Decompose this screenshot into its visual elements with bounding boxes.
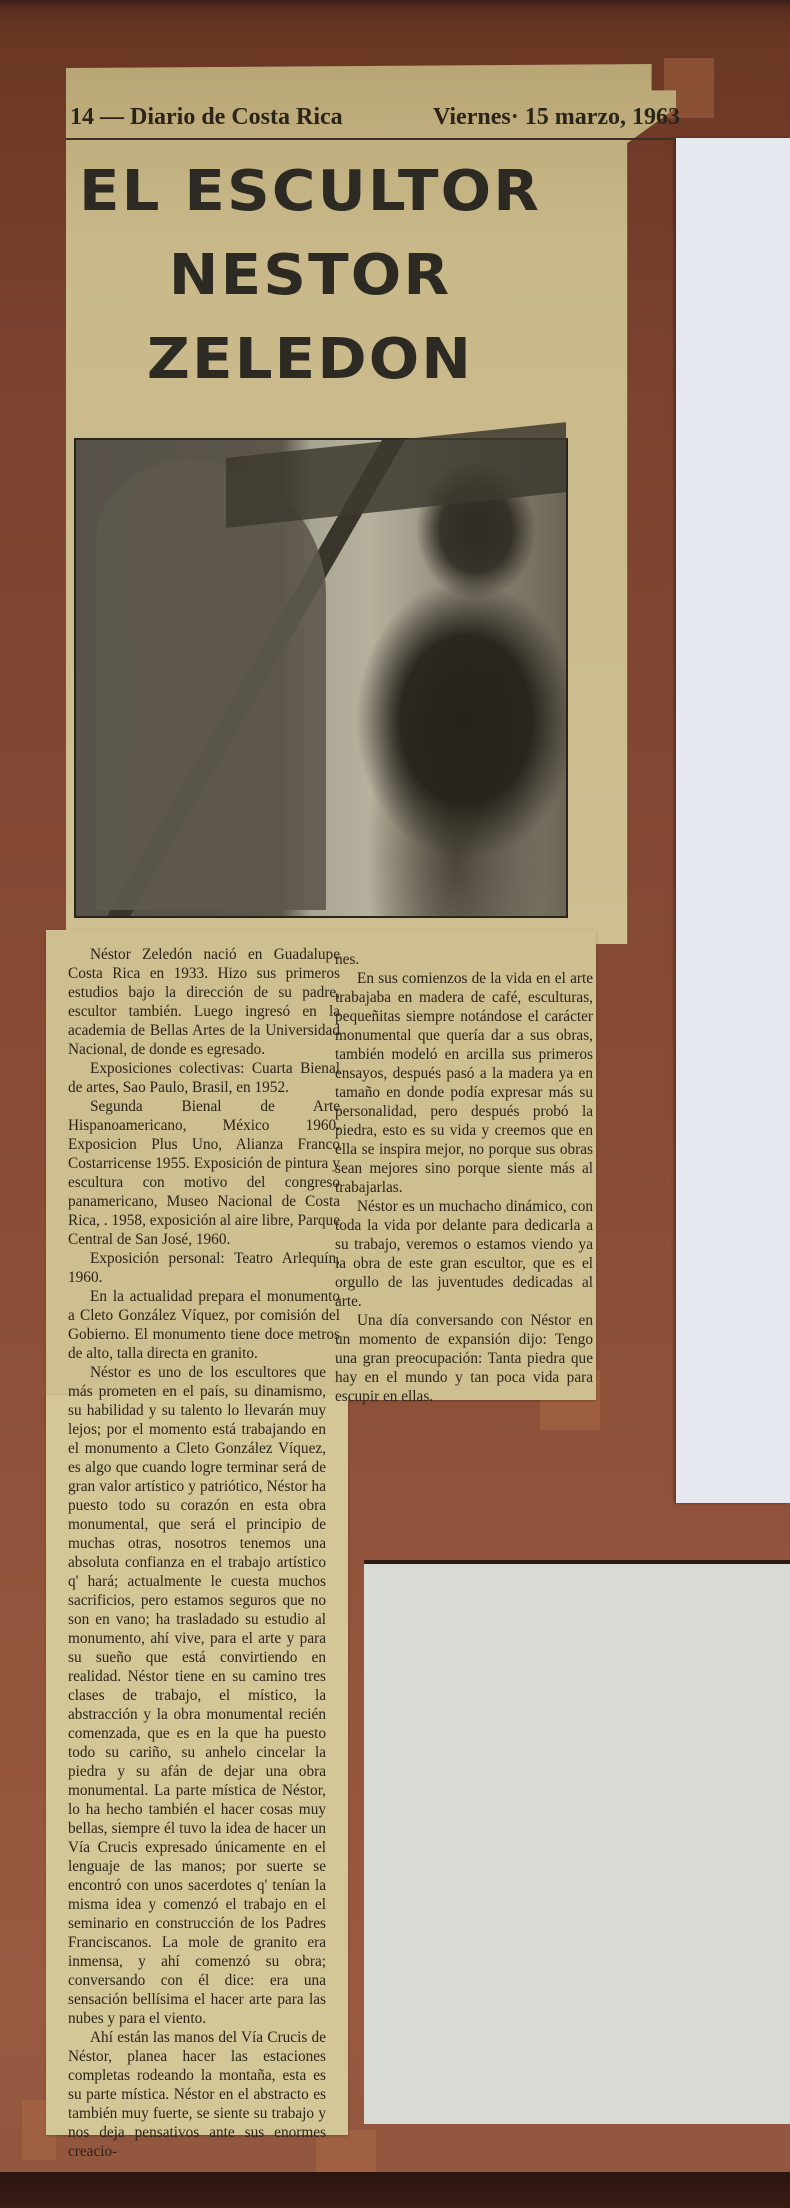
masthead-rule <box>66 138 676 140</box>
headline-line-1: EL ESCULTOR <box>45 150 575 234</box>
paragraph: Néstor es uno de los escultores que más … <box>68 1363 326 2028</box>
blank-white-sheet-bottom <box>364 1560 790 2124</box>
blank-white-sheet-top <box>676 138 790 1503</box>
paragraph: Una día conversando con Néstor en un mom… <box>335 1311 593 1406</box>
paragraph: En sus comienzos de la vida en el arte t… <box>335 969 593 1197</box>
paragraph: Néstor Zeledón nació en Guadalupe Costa … <box>68 945 340 1059</box>
article-left-column: Néstor Zeledón nació en Guadalupe Costa … <box>68 945 340 2161</box>
paragraph-continuation: nes. <box>335 950 593 969</box>
article-right-column: nes. En sus comienzos de la vida en el a… <box>335 950 593 1406</box>
paragraph: Exposiciones colectivas: Cuarta Bienal d… <box>68 1059 340 1097</box>
paragraph: Néstor es un muchacho dinámico, con toda… <box>335 1197 593 1311</box>
publication-date: Viernes· 15 marzo, 1963 <box>433 104 680 131</box>
headline-line-3: ZELEDON <box>45 318 575 402</box>
paragraph: Ahí están las manos del Vía Crucis de Né… <box>68 2028 326 2161</box>
paragraph: Exposición personal: Teatro Arlequín, 19… <box>68 1249 340 1287</box>
paragraph: Segunda Bienal de Arte Hispanoamericano,… <box>68 1097 340 1249</box>
article-headline: EL ESCULTOR NESTOR ZELEDON <box>45 150 575 402</box>
page-and-publication: 14 — Diario de Costa Rica <box>70 104 343 131</box>
newspaper-masthead: 14 — Diario de Costa Rica Viernes· 15 ma… <box>70 104 680 131</box>
board-bottom-edge <box>0 2172 790 2208</box>
sculptor-photograph <box>74 438 568 918</box>
paragraph: En la actualidad prepara el monumento a … <box>68 1287 340 1363</box>
headline-line-2: NESTOR <box>45 234 575 318</box>
